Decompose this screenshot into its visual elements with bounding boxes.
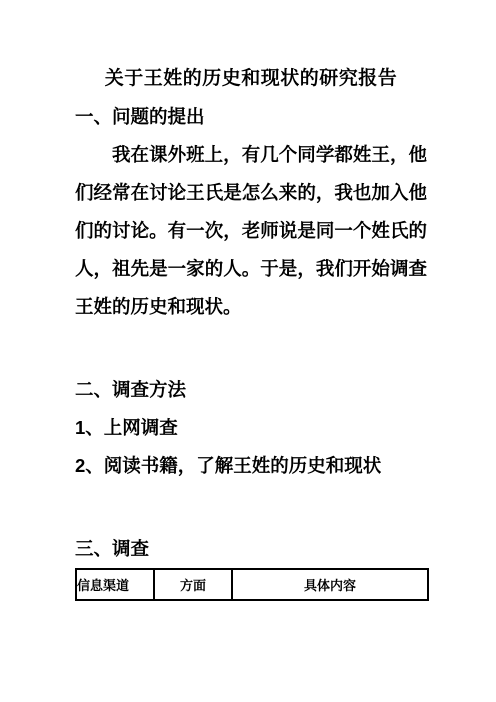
section-1-heading: 一、问题的提出	[75, 98, 427, 136]
survey-table-header-row: 信息渠道 方面 具体内容	[76, 569, 428, 600]
survey-table: 信息渠道 方面 具体内容	[75, 568, 429, 601]
table-header-info-channel: 信息渠道	[76, 569, 154, 600]
section-gap-1	[75, 326, 427, 371]
section-3-heading: 三、调查	[75, 530, 427, 568]
method-item-2: 2、阅读书籍，了解王姓的历史和现状	[75, 447, 427, 485]
table-header-aspect: 方面	[154, 569, 232, 600]
section-2-heading: 二、调查方法	[75, 371, 427, 409]
section-1-paragraph: 我在课外班上，有几个同学都姓王，他们经常在讨论王氏是怎么来的，我也加入他们的讨论…	[75, 136, 427, 326]
table-header-specific-content: 具体内容	[232, 569, 428, 600]
document-title: 关于王姓的历史和现状的研究报告	[75, 60, 427, 98]
document-page: 关于王姓的历史和现状的研究报告 一、问题的提出 我在课外班上，有几个同学都姓王，…	[0, 0, 496, 702]
method-item-1: 1、上网调查	[75, 409, 427, 447]
section-gap-2	[75, 485, 427, 530]
